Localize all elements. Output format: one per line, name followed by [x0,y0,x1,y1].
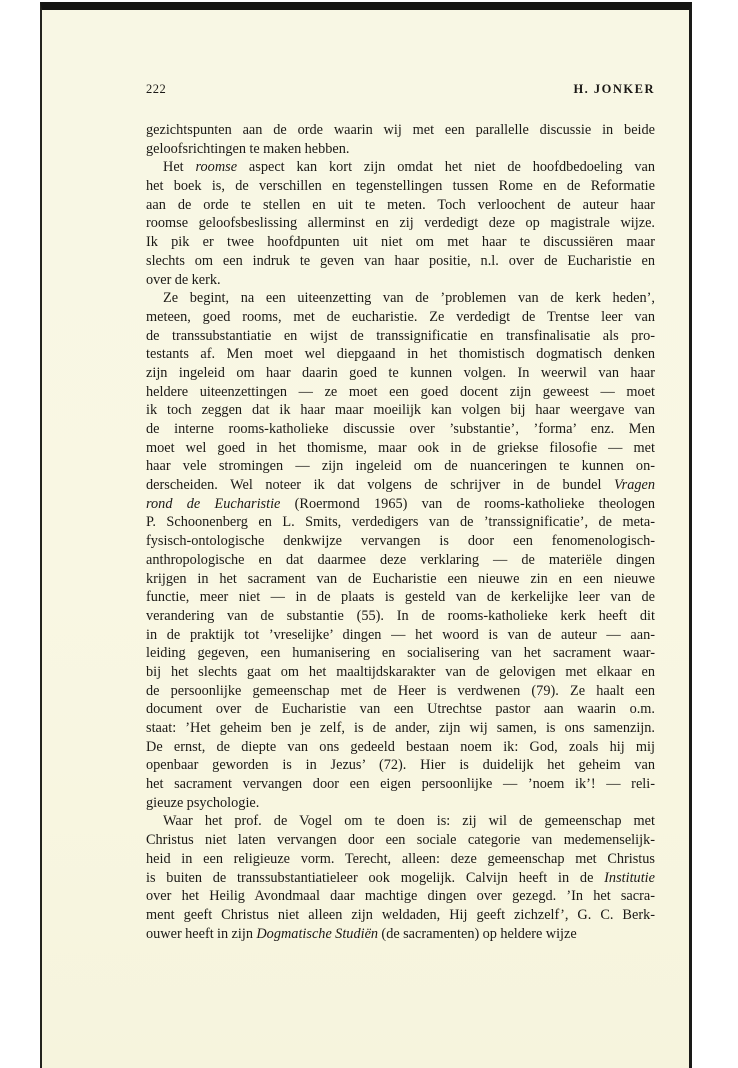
text-segment: Waar het prof. de Vogel om te doen is: z… [163,813,655,829]
text-line: ment geeft Christus niet alleen zijn wel… [146,906,655,925]
text-segment: over het Heilig Avondmaal daar machtige … [146,888,655,904]
text-segment: openbaar geworden is in Jezus’ (72). Hie… [146,757,655,773]
text-segment: ouwer heeft in zijn [146,926,256,942]
text-segment: over de kerk. [146,272,221,288]
page-number: 222 [146,82,166,97]
text-segment: het sacrament vervangen door een eigen p… [146,776,655,792]
text-segment: ment geeft Christus niet alleen zijn wel… [146,907,655,923]
text-segment: bij het slechts gaat om het maaltijdskar… [146,664,655,680]
text-segment: roomse geloofsbeslissing allerminst en z… [146,215,655,231]
text-line: krijgen in het sacrament van de Eucharis… [146,570,655,589]
paragraph: Waar het prof. de Vogel om te doen is: z… [146,812,655,943]
text-line: gezichtspunten aan de orde waarin wij me… [146,121,655,140]
text-segment: ik toch zeggen dat ik haar maar moeilijk… [146,402,655,418]
italic-text: Institutie [604,870,655,886]
text-line: moet wel goed in het thomisme, maar ook … [146,439,655,458]
text-segment: document over de Eucharistie van een Utr… [146,701,655,717]
text-segment: de persoonlijke gemeenschap met de Heer … [146,683,655,699]
text-segment: in de praktijk tot ’vreselijke’ dingen —… [146,627,655,643]
text-segment: heldere uiteenzettingen — ze moet een go… [146,384,655,400]
text-segment: staat: ’Het geheim ben je zelf, is de an… [146,720,655,736]
text-line: de interne rooms-katholieke discussie ov… [146,420,655,439]
italic-text: Vragen [614,477,655,493]
text-segment: moet wel goed in het thomisme, maar ook … [146,440,655,456]
text-segment: krijgen in het sacrament van de Eucharis… [146,571,655,587]
text-line: Ze begint, na een uiteenzetting van de ’… [146,289,655,308]
page-content: 222 H. JONKER gezichtspunten aan de orde… [42,82,689,943]
text-line: aan de orde te stellen en uit te meten. … [146,196,655,215]
italic-text: Dogmatische Studiën [256,926,378,942]
text-segment: anthropologische en dat daarmee deze ver… [146,552,655,568]
text-segment: Het [163,159,196,175]
text-segment: slechts om een indruk te geven van haar … [146,253,655,269]
text-segment: leiding gegeven, een humanisering en soc… [146,645,655,661]
text-segment: geloofsrichtingen te maken hebben. [146,141,349,157]
text-line: functie, meer niet — in de plaats is ges… [146,588,655,607]
text-segment: de transsubstantiatie en wijst de transs… [146,328,655,344]
text-line: anthropologische en dat daarmee deze ver… [146,551,655,570]
text-line: ouwer heeft in zijn Dogmatische Studiën … [146,925,655,944]
text-line: openbaar geworden is in Jezus’ (72). Hie… [146,756,655,775]
text-segment: meteen, goed rooms, met de eucharistie. … [146,309,655,325]
text-segment: zijn ingeleid om haar daarin goed te kun… [146,365,655,381]
text-segment: verandering van de substantie (55). In d… [146,608,655,624]
paragraph: gezichtspunten aan de orde waarin wij me… [146,121,655,158]
text-line: de transsubstantiatie en wijst de transs… [146,327,655,346]
text-segment: aspect kan kort zijn omdat het niet de h… [237,159,655,175]
text-segment: gieuze psychologie. [146,795,259,811]
text-line: staat: ’Het geheim ben je zelf, is de an… [146,719,655,738]
text-segment: testants af. Men moet wel diepgaand in h… [146,346,655,362]
body-text: gezichtspunten aan de orde waarin wij me… [146,121,655,943]
italic-text: roomse [196,159,238,175]
text-line: fysisch-ontologische denkwijze vervangen… [146,532,655,551]
text-line: leiding gegeven, een humanisering en soc… [146,644,655,663]
text-segment: is buiten de transsubstantiatieleer ook … [146,870,604,886]
text-segment: Ik pik er twee hoofdpunten uit niet om m… [146,234,655,250]
text-line: slechts om een indruk te geven van haar … [146,252,655,271]
text-line: Christus niet laten vervangen door een s… [146,831,655,850]
text-segment: het boek is, de verschillen en tegenstel… [146,178,655,194]
text-segment: Ze begint, na een uiteenzetting van de ’… [163,290,655,306]
text-line: roomse geloofsbeslissing allerminst en z… [146,214,655,233]
text-line: document over de Eucharistie van een Utr… [146,700,655,719]
text-line: Het roomse aspect kan kort zijn omdat he… [146,158,655,177]
text-segment: Christus niet laten vervangen door een s… [146,832,655,848]
text-line: over het Heilig Avondmaal daar machtige … [146,887,655,906]
text-line: gieuze psychologie. [146,794,655,813]
running-head: H. JONKER [573,82,655,97]
text-line: haar vele stromingen — zijn ingeleid om … [146,457,655,476]
text-segment: heid in een religieuze vorm. Terecht, al… [146,851,655,867]
text-line: is buiten de transsubstantiatieleer ook … [146,869,655,888]
text-line: het boek is, de verschillen en tegenstel… [146,177,655,196]
text-line: de persoonlijke gemeenschap met de Heer … [146,682,655,701]
text-line: P. Schoonenberg en L. Smits, verdedigers… [146,513,655,532]
text-line: Ik pik er twee hoofdpunten uit niet om m… [146,233,655,252]
paragraph: Het roomse aspect kan kort zijn omdat he… [146,158,655,289]
text-segment: (Roermond 1965) van de rooms-katholieke … [280,496,655,512]
text-line: rond de Eucharistie (Roermond 1965) van … [146,495,655,514]
page-header: 222 H. JONKER [146,82,655,97]
italic-text: rond de Eucharistie [146,496,280,512]
text-line: over de kerk. [146,271,655,290]
text-line: testants af. Men moet wel diepgaand in h… [146,345,655,364]
text-line: derscheiden. Wel noteer ik dat volgens d… [146,476,655,495]
text-segment: derscheiden. Wel noteer ik dat volgens d… [146,477,614,493]
text-line: Waar het prof. de Vogel om te doen is: z… [146,812,655,831]
text-segment: De ernst, de diepte van ons gedeeld best… [146,739,655,755]
text-line: De ernst, de diepte van ons gedeeld best… [146,738,655,757]
text-segment: (de sacramenten) op heldere wijze [378,926,577,942]
text-line: verandering van de substantie (55). In d… [146,607,655,626]
text-line: bij het slechts gaat om het maaltijdskar… [146,663,655,682]
text-line: zijn ingeleid om haar daarin goed te kun… [146,364,655,383]
text-line: heid in een religieuze vorm. Terecht, al… [146,850,655,869]
text-line: in de praktijk tot ’vreselijke’ dingen —… [146,626,655,645]
text-line: ik toch zeggen dat ik haar maar moeilijk… [146,401,655,420]
text-segment: gezichtspunten aan de orde waarin wij me… [146,122,655,138]
text-segment: P. Schoonenberg en L. Smits, verdedigers… [146,514,655,530]
paragraph: Ze begint, na een uiteenzetting van de ’… [146,289,655,812]
text-segment: functie, meer niet — in de plaats is ges… [146,589,655,605]
text-segment: aan de orde te stellen en uit te meten. … [146,197,655,213]
scanned-page: 222 H. JONKER gezichtspunten aan de orde… [40,2,692,1068]
text-segment: de interne rooms-katholieke discussie ov… [146,421,655,437]
text-line: geloofsrichtingen te maken hebben. [146,140,655,159]
text-segment: haar vele stromingen — zijn ingeleid om … [146,458,655,474]
text-line: meteen, goed rooms, met de eucharistie. … [146,308,655,327]
text-line: heldere uiteenzettingen — ze moet een go… [146,383,655,402]
text-line: het sacrament vervangen door een eigen p… [146,775,655,794]
text-segment: fysisch-ontologische denkwijze vervangen… [146,533,655,549]
